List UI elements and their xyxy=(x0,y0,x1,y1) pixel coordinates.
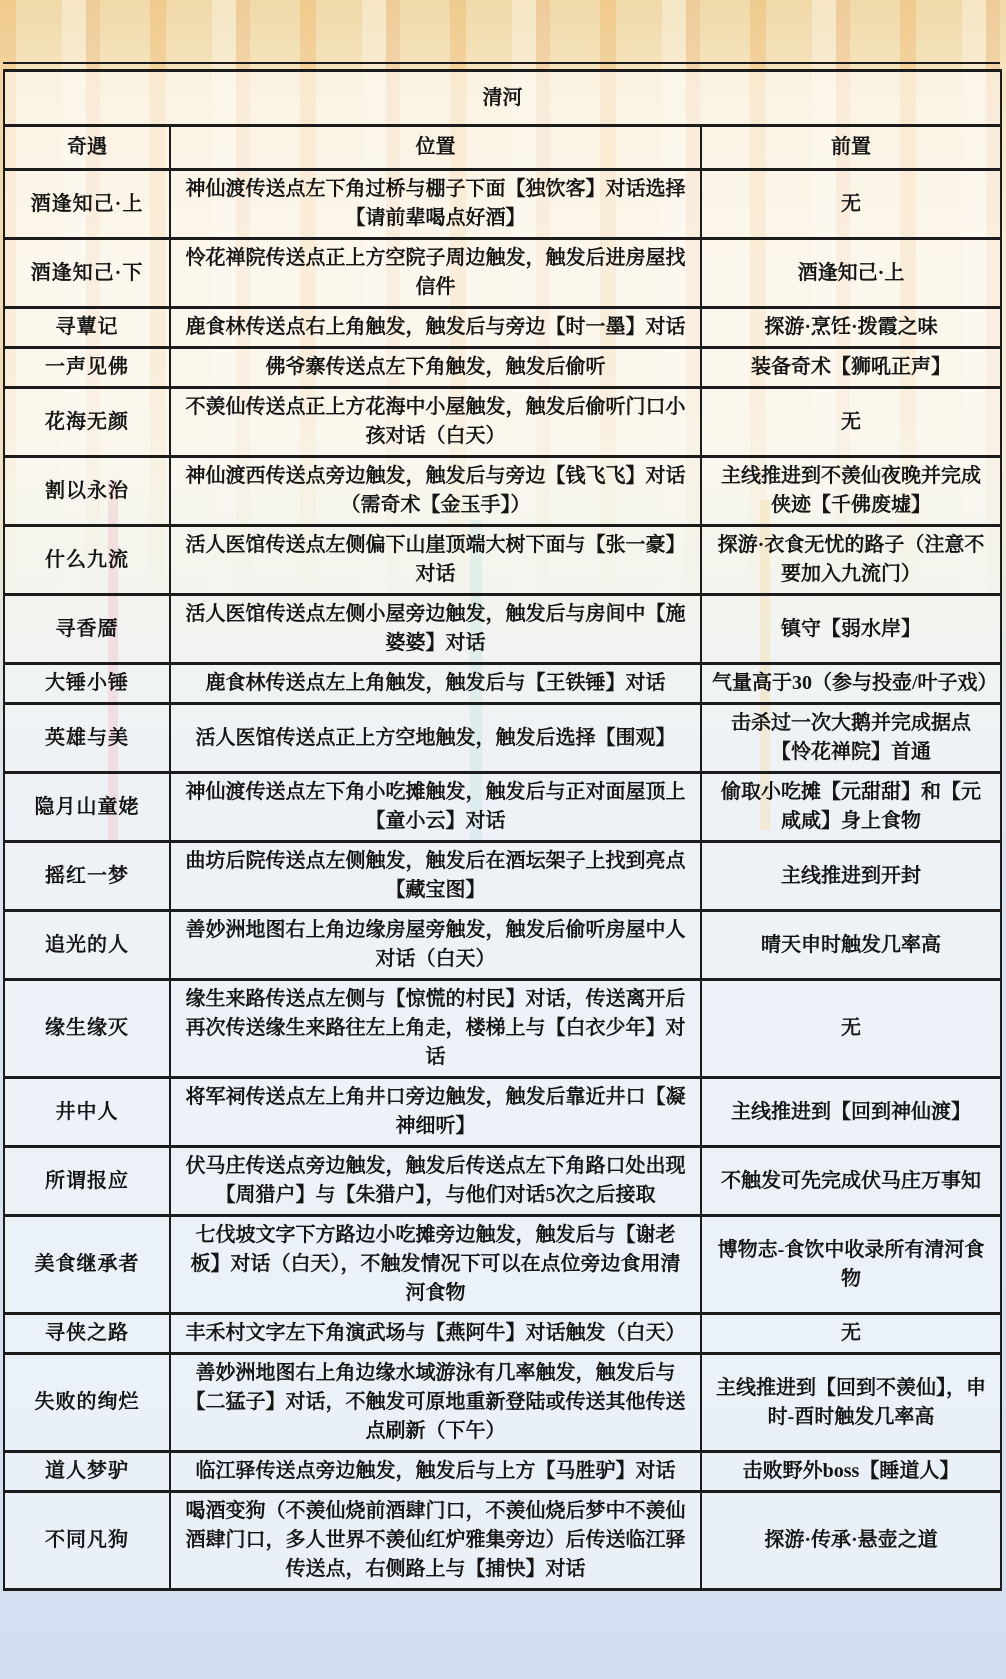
table-header-row: 奇遇 位置 前置 xyxy=(4,126,1001,170)
location-cell: 曲坊后院传送点左侧触发，触发后在酒坛架子上找到亮点【藏宝图】 xyxy=(170,842,701,911)
encounter-name-cell: 美食继承者 xyxy=(4,1216,170,1314)
encounter-name-cell: 大锤小锤 xyxy=(4,664,170,704)
table-row: 不同凡狗 喝酒变狗（不羡仙烧前酒肆门口，不羡仙烧后梦中不羡仙酒肆门口，多人世界不… xyxy=(4,1492,1001,1590)
encounter-table: 清河 奇遇 位置 前置 酒逢知己·上 神仙渡传送点左下角过桥与棚子下面【独饮客】… xyxy=(3,69,1002,1591)
prereq-cell: 无 xyxy=(701,388,1001,457)
encounter-name-cell: 寻侠之路 xyxy=(4,1314,170,1354)
location-cell: 善妙洲地图右上角边缘房屋旁触发，触发后偷听房屋中人对话（白天） xyxy=(170,911,701,980)
encounter-name-cell: 所谓报应 xyxy=(4,1147,170,1216)
table-outer-border xyxy=(3,62,1000,64)
table-row: 寻蕈记 鹿食林传送点右上角触发，触发后与旁边【时一墨】对话 探游·烹饪·拨霞之味 xyxy=(4,308,1001,348)
table-row: 酒逢知己·上 神仙渡传送点左下角过桥与棚子下面【独饮客】对话选择【请前辈喝点好酒… xyxy=(4,170,1001,239)
encounter-name-cell: 酒逢知己·上 xyxy=(4,170,170,239)
encounter-name-cell: 酒逢知己·下 xyxy=(4,239,170,308)
prereq-cell: 主线推进到【回到不羡仙】，申时-酉时触发几率高 xyxy=(701,1354,1001,1452)
location-cell: 活人医馆传送点正上方空地触发，触发后选择【围观】 xyxy=(170,704,701,773)
prereq-cell: 探游·衣食无忧的路子（注意不要加入九流门） xyxy=(701,526,1001,595)
location-cell: 临江驿传送点旁边触发，触发后与上方【马胜驴】对话 xyxy=(170,1452,701,1492)
table-title: 清河 xyxy=(4,71,1001,126)
table-row: 大锤小锤 鹿食林传送点左上角触发，触发后与【王铁锤】对话 气量高于30（参与投壶… xyxy=(4,664,1001,704)
encounter-name-cell: 井中人 xyxy=(4,1078,170,1147)
table-row: 寻香靥 活人医馆传送点左侧小屋旁边触发，触发后与房间中【施婆婆】对话 镇守【弱水… xyxy=(4,595,1001,664)
location-cell: 缘生来路传送点左侧与【惊慌的村民】对话，传送离开后再次传送缘生来路往左上角走，楼… xyxy=(170,980,701,1078)
table-row: 一声见佛 佛爷寨传送点左下角触发，触发后偷听 装备奇术【狮吼正声】 xyxy=(4,348,1001,388)
location-cell: 喝酒变狗（不羡仙烧前酒肆门口，不羡仙烧后梦中不羡仙酒肆门口，多人世界不羡仙红炉雅… xyxy=(170,1492,701,1590)
encounter-name-cell: 隐月山童姥 xyxy=(4,773,170,842)
column-header-prereq: 前置 xyxy=(701,126,1001,170)
location-cell: 伏马庄传送点旁边触发，触发后传送点左下角路口处出现【周猎户】与【朱猎户】，与他们… xyxy=(170,1147,701,1216)
prereq-cell: 无 xyxy=(701,980,1001,1078)
prereq-cell: 装备奇术【狮吼正声】 xyxy=(701,348,1001,388)
table-row: 井中人 将军祠传送点左上角井口旁边触发，触发后靠近井口【凝神细听】 主线推进到【… xyxy=(4,1078,1001,1147)
encounter-name-cell: 摇红一梦 xyxy=(4,842,170,911)
table-row: 道人梦驴 临江驿传送点旁边触发，触发后与上方【马胜驴】对话 击败野外boss【睡… xyxy=(4,1452,1001,1492)
encounter-name-cell: 花海无颜 xyxy=(4,388,170,457)
prereq-cell: 博物志-食饮中收录所有清河食物 xyxy=(701,1216,1001,1314)
location-cell: 神仙渡传送点左下角过桥与棚子下面【独饮客】对话选择【请前辈喝点好酒】 xyxy=(170,170,701,239)
table-row: 所谓报应 伏马庄传送点旁边触发，触发后传送点左下角路口处出现【周猎户】与【朱猎户… xyxy=(4,1147,1001,1216)
location-cell: 将军祠传送点左上角井口旁边触发，触发后靠近井口【凝神细听】 xyxy=(170,1078,701,1147)
prereq-cell: 击败野外boss【睡道人】 xyxy=(701,1452,1001,1492)
location-cell: 佛爷寨传送点左下角触发，触发后偷听 xyxy=(170,348,701,388)
table-row: 花海无颜 不羡仙传送点正上方花海中小屋触发，触发后偷听门口小孩对话（白天） 无 xyxy=(4,388,1001,457)
encounter-name-cell: 割以永治 xyxy=(4,457,170,526)
encounter-name-cell: 不同凡狗 xyxy=(4,1492,170,1590)
table-row: 隐月山童姥 神仙渡传送点左下角小吃摊触发，触发后与正对面屋顶上【童小云】对话 偷… xyxy=(4,773,1001,842)
table-title-row: 清河 xyxy=(4,71,1001,126)
table-row: 什么九流 活人医馆传送点左侧偏下山崖顶端大树下面与【张一豪】对话 探游·衣食无忧… xyxy=(4,526,1001,595)
column-header-location: 位置 xyxy=(170,126,701,170)
prereq-cell: 镇守【弱水岸】 xyxy=(701,595,1001,664)
guide-page: 清河 奇遇 位置 前置 酒逢知己·上 神仙渡传送点左下角过桥与棚子下面【独饮客】… xyxy=(0,0,1006,1679)
location-cell: 善妙洲地图右上角边缘水域游泳有几率触发，触发后与【二猛子】对话，不触发可原地重新… xyxy=(170,1354,701,1452)
encounter-name-cell: 寻蕈记 xyxy=(4,308,170,348)
location-cell: 鹿食林传送点左上角触发，触发后与【王铁锤】对话 xyxy=(170,664,701,704)
encounter-name-cell: 寻香靥 xyxy=(4,595,170,664)
encounter-name-cell: 一声见佛 xyxy=(4,348,170,388)
table-row: 美食继承者 七伐坡文字下方路边小吃摊旁边触发，触发后与【谢老板】对话（白天），不… xyxy=(4,1216,1001,1314)
location-cell: 鹿食林传送点右上角触发，触发后与旁边【时一墨】对话 xyxy=(170,308,701,348)
location-cell: 不羡仙传送点正上方花海中小屋触发，触发后偷听门口小孩对话（白天） xyxy=(170,388,701,457)
prereq-cell: 偷取小吃摊【元甜甜】和【元咸咸】身上食物 xyxy=(701,773,1001,842)
encounter-name-cell: 道人梦驴 xyxy=(4,1452,170,1492)
location-cell: 丰禾村文字左下角演武场与【燕阿牛】对话触发（白天） xyxy=(170,1314,701,1354)
table-row: 割以永治 神仙渡西传送点旁边触发，触发后与旁边【钱飞飞】对话（需奇术【金玉手】）… xyxy=(4,457,1001,526)
location-cell: 神仙渡传送点左下角小吃摊触发，触发后与正对面屋顶上【童小云】对话 xyxy=(170,773,701,842)
encounter-name-cell: 英雄与美 xyxy=(4,704,170,773)
table-row: 失败的绚烂 善妙洲地图右上角边缘水域游泳有几率触发，触发后与【二猛子】对话，不触… xyxy=(4,1354,1001,1452)
column-header-encounter: 奇遇 xyxy=(4,126,170,170)
table-row: 寻侠之路 丰禾村文字左下角演武场与【燕阿牛】对话触发（白天） 无 xyxy=(4,1314,1001,1354)
location-cell: 神仙渡西传送点旁边触发，触发后与旁边【钱飞飞】对话（需奇术【金玉手】） xyxy=(170,457,701,526)
prereq-cell: 击杀过一次大鹅并完成据点【怜花禅院】首通 xyxy=(701,704,1001,773)
location-cell: 活人医馆传送点左侧小屋旁边触发，触发后与房间中【施婆婆】对话 xyxy=(170,595,701,664)
location-cell: 怜花禅院传送点正上方空院子周边触发，触发后进房屋找信件 xyxy=(170,239,701,308)
prereq-cell: 气量高于30（参与投壶/叶子戏） xyxy=(701,664,1001,704)
encounter-name-cell: 缘生缘灭 xyxy=(4,980,170,1078)
prereq-cell: 主线推进到不羡仙夜晚并完成侠迹【千佛废墟】 xyxy=(701,457,1001,526)
prereq-cell: 不触发可先完成伏马庄万事知 xyxy=(701,1147,1001,1216)
prereq-cell: 无 xyxy=(701,1314,1001,1354)
location-cell: 活人医馆传送点左侧偏下山崖顶端大树下面与【张一豪】对话 xyxy=(170,526,701,595)
location-cell: 七伐坡文字下方路边小吃摊旁边触发，触发后与【谢老板】对话（白天），不触发情况下可… xyxy=(170,1216,701,1314)
encounter-name-cell: 失败的绚烂 xyxy=(4,1354,170,1452)
table-row: 追光的人 善妙洲地图右上角边缘房屋旁触发，触发后偷听房屋中人对话（白天） 晴天申… xyxy=(4,911,1001,980)
prereq-cell: 探游·传承·悬壶之道 xyxy=(701,1492,1001,1590)
prereq-cell: 主线推进到【回到神仙渡】 xyxy=(701,1078,1001,1147)
prereq-cell: 酒逢知己·上 xyxy=(701,239,1001,308)
table-row: 缘生缘灭 缘生来路传送点左侧与【惊慌的村民】对话，传送离开后再次传送缘生来路往左… xyxy=(4,980,1001,1078)
table-row: 酒逢知己·下 怜花禅院传送点正上方空院子周边触发，触发后进房屋找信件 酒逢知己·… xyxy=(4,239,1001,308)
encounter-name-cell: 什么九流 xyxy=(4,526,170,595)
prereq-cell: 无 xyxy=(701,170,1001,239)
encounter-name-cell: 追光的人 xyxy=(4,911,170,980)
prereq-cell: 主线推进到开封 xyxy=(701,842,1001,911)
table-row: 英雄与美 活人医馆传送点正上方空地触发，触发后选择【围观】 击杀过一次大鹅并完成… xyxy=(4,704,1001,773)
table-row: 摇红一梦 曲坊后院传送点左侧触发，触发后在酒坛架子上找到亮点【藏宝图】 主线推进… xyxy=(4,842,1001,911)
prereq-cell: 晴天申时触发几率高 xyxy=(701,911,1001,980)
prereq-cell: 探游·烹饪·拨霞之味 xyxy=(701,308,1001,348)
